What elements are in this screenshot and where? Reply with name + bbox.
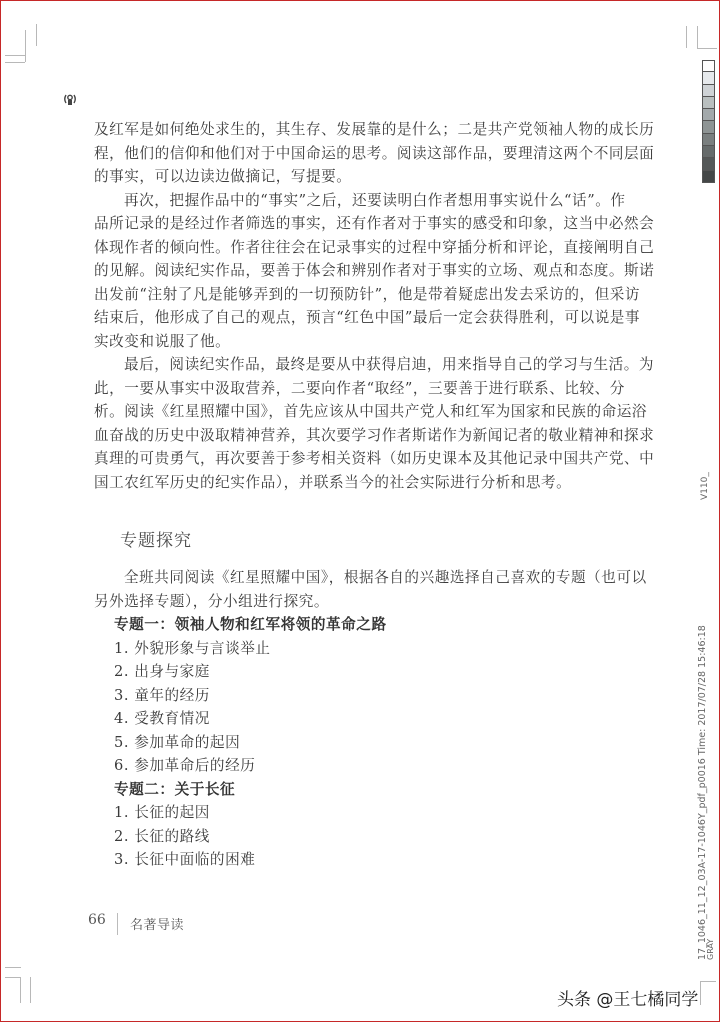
paragraph-line: 国工农红军历史的纪实作品），并联系当今的社会实际进行分析和思考。 xyxy=(94,471,626,495)
grayscale-step xyxy=(702,158,715,170)
crop-mark-top-left xyxy=(5,62,25,63)
body-text: 及红军是如何绝处求生的，其生存、发展靠的是什么；二是共产党领袖人物的成长历 程，… xyxy=(94,118,626,494)
topic-heading: 专题二：关于长征 xyxy=(94,778,626,802)
grayscale-step xyxy=(702,97,715,109)
grayscale-step xyxy=(702,134,715,146)
topic-item: 2. 出身与家庭 xyxy=(94,660,626,684)
watermark: 头条 @王七橘同学 xyxy=(557,985,698,1010)
topic-item: 3. 童年的经历 xyxy=(94,684,626,708)
paragraph-line: 品所记录的是经过作者筛选的事实，还有作者对于事实的感受和印象，这当中必然会 xyxy=(94,212,626,236)
paragraph-line: 再次，把握作品中的“事实”之后，还要读明白作者想用事实说什么“话”。作 xyxy=(94,189,626,213)
crop-mark-bottom-left xyxy=(20,977,21,1003)
grayscale-step xyxy=(702,121,715,133)
paragraph-line: 结束后，他形成了自己的观点，预言“红色中国”最后一定会获得胜利，可以说是事 xyxy=(94,306,626,330)
crop-mark-top-left xyxy=(5,55,26,56)
paragraph-line: 的见解。阅读纪实作品，要善于体会和辨别作者对于事实的立场、观点和态度。斯诺 xyxy=(94,259,626,283)
topic-item: 1. 长征的起因 xyxy=(94,801,626,825)
paragraph-line: 的事实，可以边读边做摘记，写提要。 xyxy=(94,165,626,189)
paragraph-line: 血奋战的历史中汲取精神营养，其次要学习作者斯诺作为新闻记者的敬业精神和探求 xyxy=(94,424,626,448)
paragraph-line: 程，他们的信仰和他们对于中国命运的思考。阅读这部作品，要理清这两个不同层面 xyxy=(94,142,626,166)
section-intro-line: 全班共同阅读《红星照耀中国》，根据各自的兴趣选择自己喜欢的专题（也可以 xyxy=(94,566,626,590)
topic-item: 5. 参加革命的起因 xyxy=(94,731,626,755)
section-intro-line: 另外选择专题），分小组进行探究。 xyxy=(94,590,626,614)
paragraph-line: 析。阅读《红星照耀中国》，首先应该从中国共产党人和红军为国家和民族的命运浴 xyxy=(94,400,626,424)
print-code-gray: GRAY xyxy=(706,939,715,960)
crop-mark-top-left xyxy=(36,24,37,46)
paragraph-line: 此，一要从事实中汲取营养，二要向作者“取经”，三要善于进行联系、比较、分 xyxy=(94,377,626,401)
grayscale-step xyxy=(702,72,715,84)
footer-divider xyxy=(117,913,118,935)
crop-mark-top-left xyxy=(25,30,26,62)
paragraph-line: 及红军是如何绝处求生的，其生存、发展靠的是什么；二是共产党领袖人物的成长历 xyxy=(94,118,626,142)
print-code-main: 17_1046_11_12_03A-17-1046Y_pdf_p0016 Tim… xyxy=(697,625,708,960)
section-body: 全班共同阅读《红星照耀中国》，根据各自的兴趣选择自己喜欢的专题（也可以 另外选择… xyxy=(94,566,626,872)
grayscale-step xyxy=(702,85,715,97)
grayscale-step xyxy=(702,109,715,121)
crop-mark-bottom-left xyxy=(5,977,21,978)
paragraph-line: 体现作者的倾向性。作者往往会在记录事实的过程中穿插分析和评论，直接阐明自己 xyxy=(94,236,626,260)
crop-mark-top-right xyxy=(686,26,687,48)
grayscale-step xyxy=(702,146,715,158)
print-code-top: V110_ xyxy=(700,472,710,500)
grayscale-calibration-bar xyxy=(702,60,715,183)
crop-mark-bottom-right xyxy=(700,981,716,982)
crop-mark-bottom-left xyxy=(30,977,31,1003)
crop-mark-top-right xyxy=(697,48,717,49)
topic-item: 2. 长征的路线 xyxy=(94,825,626,849)
topic-item: 3. 长征中面临的困难 xyxy=(94,848,626,872)
grayscale-step xyxy=(702,60,715,72)
page-number: 66 xyxy=(88,912,106,928)
paragraph-line: 实改变和说服了他。 xyxy=(94,330,626,354)
book-title: 名著导读 xyxy=(130,914,184,933)
topic-heading: 专题一：领袖人物和红军将领的革命之路 xyxy=(94,613,626,637)
paragraph-line: 最后，阅读纪实作品，最终是要从中获得启迪，用来指导自己的学习与生活。为 xyxy=(94,353,626,377)
topic-item: 6. 参加革命后的经历 xyxy=(94,754,626,778)
broadcast-icon xyxy=(63,92,77,106)
paragraph-line: 真理的可贵勇气，再次要善于参考相关资料（如历史课本及其他记录中国共产党、中 xyxy=(94,447,626,471)
crop-mark-bottom-left xyxy=(5,967,21,968)
crop-mark-bottom-right xyxy=(700,981,701,1005)
section-title: 专题探究 xyxy=(120,526,192,551)
topic-item: 1. 外貌形象与言谈举止 xyxy=(94,637,626,661)
crop-mark-top-right xyxy=(697,26,698,48)
paragraph-line: 出发前“注射了凡是能够弄到的一切预防针”，他是带着疑虑出发去采访的，但采访 xyxy=(94,283,626,307)
topic-item: 4. 受教育情况 xyxy=(94,707,626,731)
grayscale-step xyxy=(702,171,715,183)
